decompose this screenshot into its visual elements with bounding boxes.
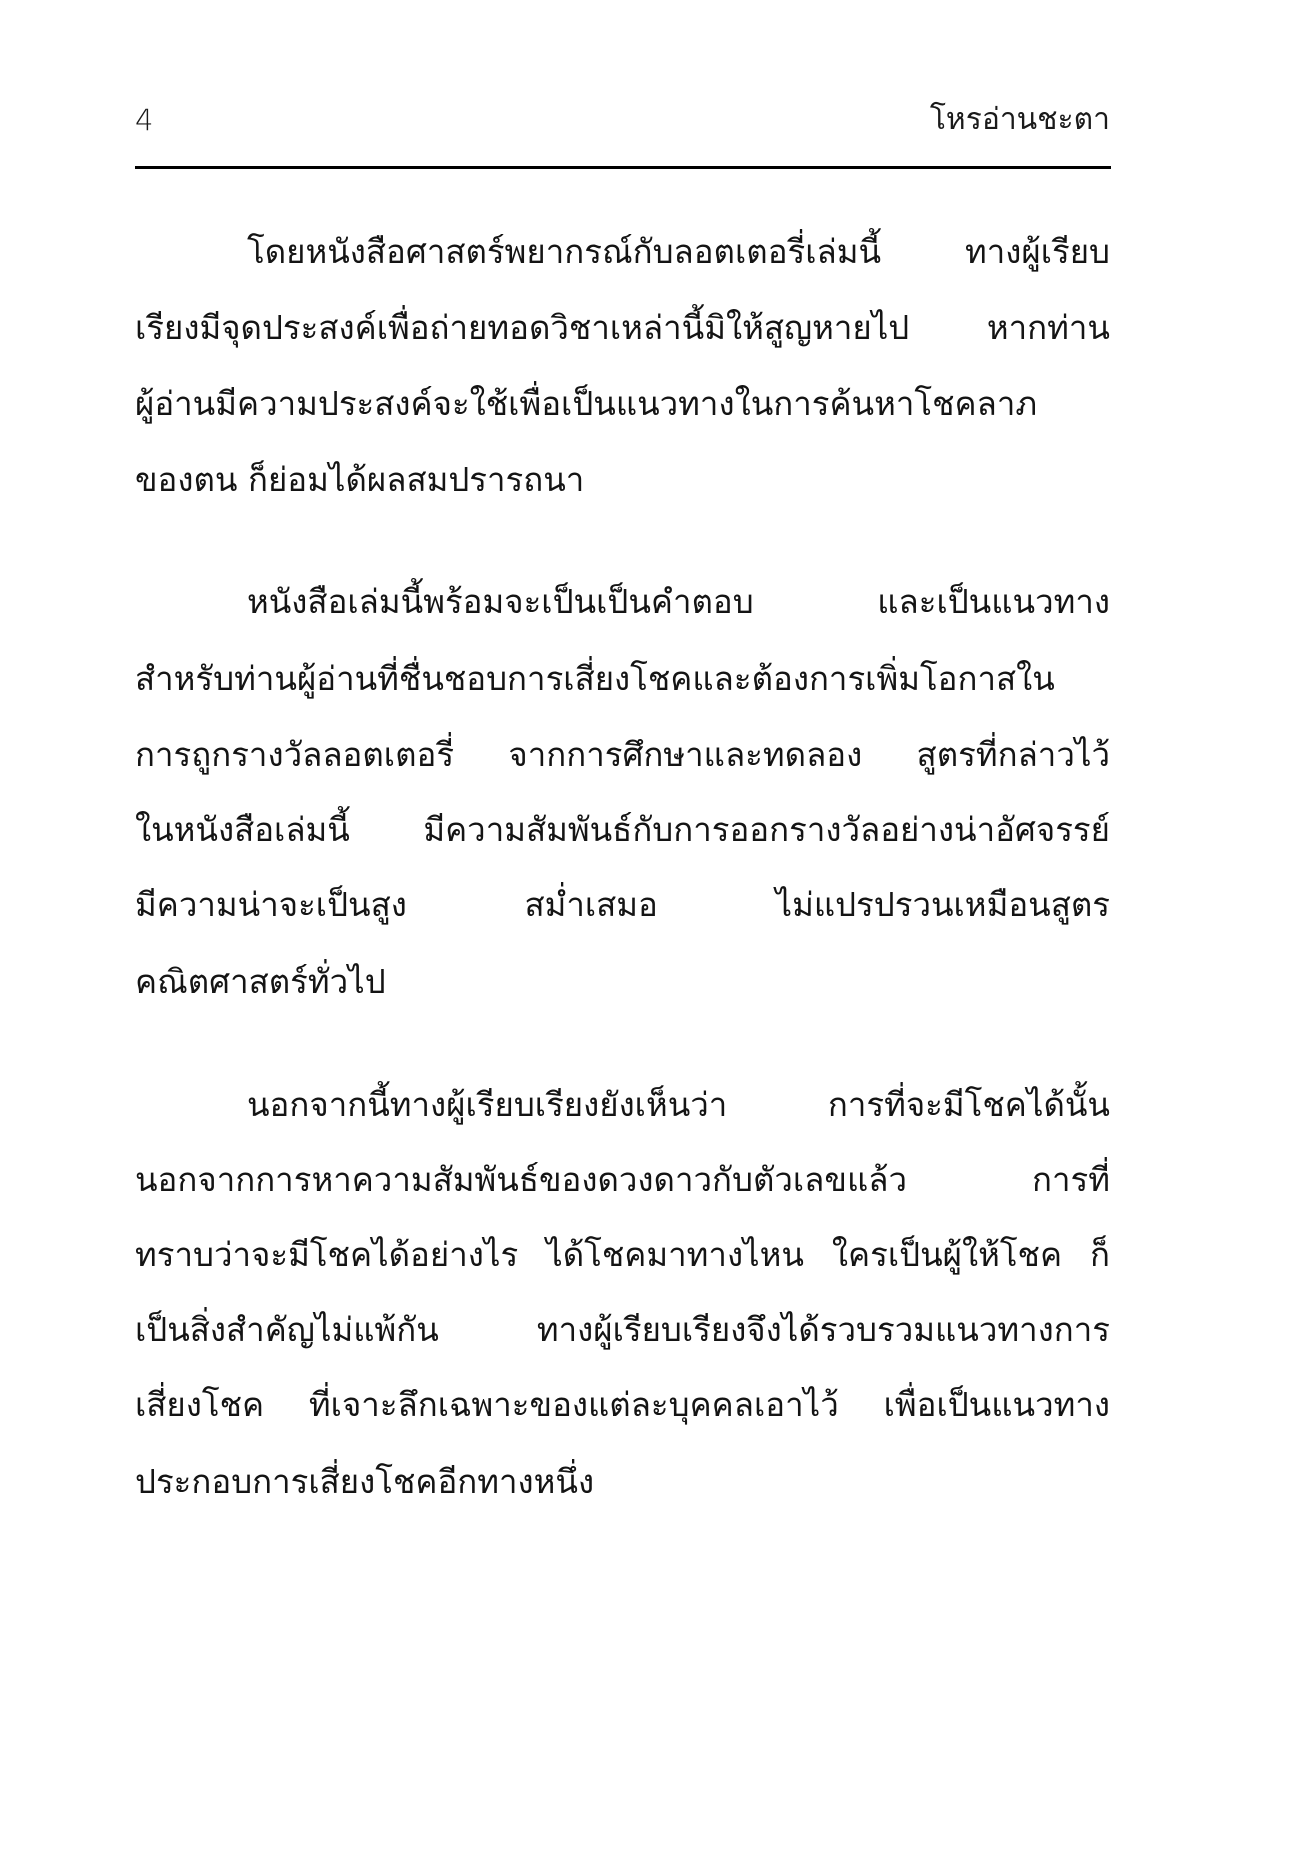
header-divider bbox=[135, 166, 1111, 169]
book-page: 4 โหรอ่านชะตา โดยหนังสือศาสตร์พยากรณ์กับ… bbox=[0, 0, 1290, 1871]
text-line: ประกอบการเสี่ยงโชคอีกทางหนึ่ง bbox=[135, 1452, 1110, 1512]
text-line: หนังสือเล่มนี้พร้อมจะเป็นเป็นคำตอบ และเป… bbox=[247, 572, 1110, 632]
running-title: โหรอ่านชะตา bbox=[930, 98, 1110, 142]
text-line: ของตน ก็ย่อมได้ผลสมปรารถนา bbox=[135, 450, 1110, 510]
text-line: เป็นสิ่งสำคัญไม่แพ้กัน ทางผู้เรียบเรียงจ… bbox=[135, 1300, 1110, 1360]
text-line: การถูกรางวัลลอตเตอรี่ จากการศึกษาและทดลอ… bbox=[135, 725, 1110, 785]
text-line: คณิตศาสตร์ทั่วไป bbox=[135, 952, 1110, 1012]
text-line: สำหรับท่านผู้อ่านที่ชื่นชอบการเสี่ยงโชคแ… bbox=[135, 649, 1110, 709]
text-line: เสี่ยงโชค ที่เจาะลึกเฉพาะของแต่ละบุคคลเอ… bbox=[135, 1375, 1110, 1435]
text-line: นอกจากการหาความสัมพันธ์ของดวงดาวกับตัวเล… bbox=[135, 1150, 1110, 1210]
text-line: ทราบว่าจะมีโชคได้อย่างไร ได้โชคมาทางไหน … bbox=[135, 1225, 1110, 1285]
running-header: 4 โหรอ่านชะตา bbox=[135, 98, 1110, 142]
text-line: เรียงมีจุดประสงค์เพื่อถ่ายทอดวิชาเหล่านี… bbox=[135, 298, 1110, 358]
text-line: นอกจากนี้ทางผู้เรียบเรียงยังเห็นว่า การท… bbox=[247, 1075, 1110, 1135]
text-line: ในหนังสือเล่มนี้ มีความสัมพันธ์กับการออก… bbox=[135, 800, 1110, 860]
text-line: ผู้อ่านมีความประสงค์จะใช้เพื่อเป็นแนวทาง… bbox=[135, 374, 1110, 434]
text-line: โดยหนังสือศาสตร์พยากรณ์กับลอตเตอรี่เล่มน… bbox=[247, 222, 1110, 282]
text-line: มีความน่าจะเป็นสูง สม่ำเสมอ ไม่แปรปรวนเห… bbox=[135, 875, 1110, 935]
page-number: 4 bbox=[135, 98, 153, 142]
